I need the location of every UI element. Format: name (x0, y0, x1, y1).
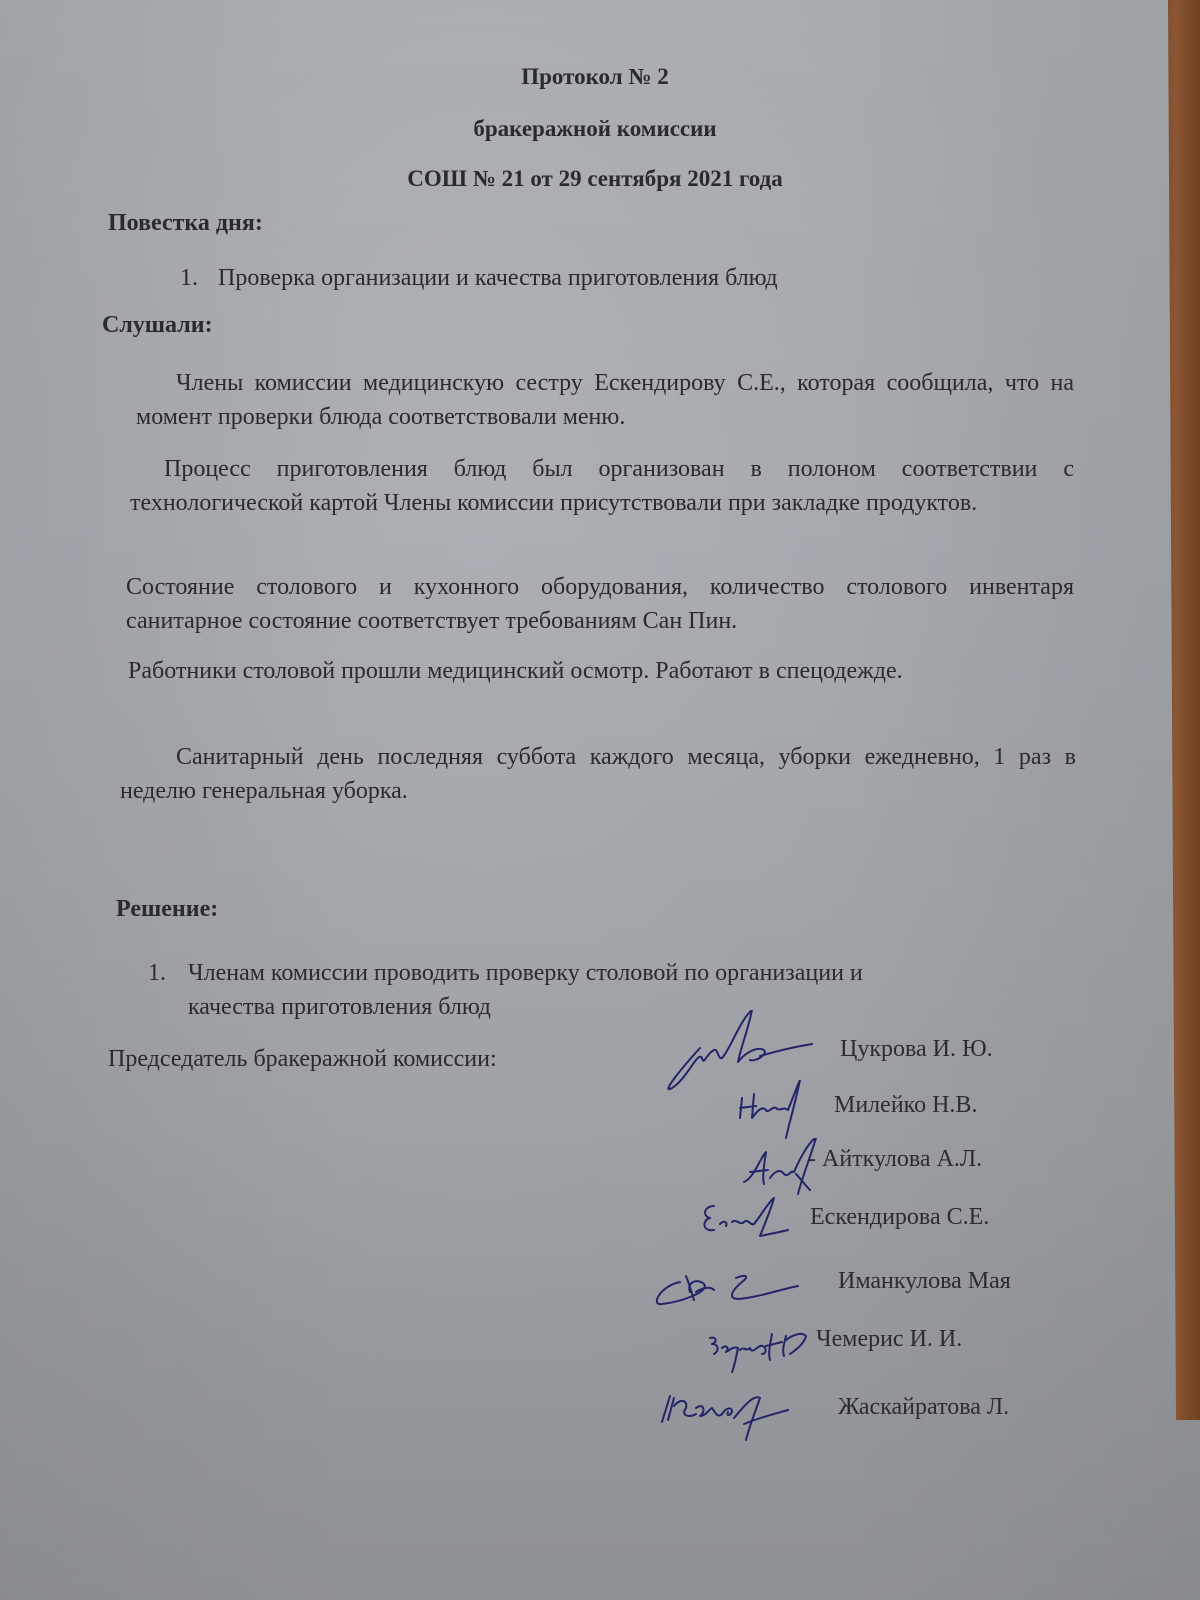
signatory-name: Иманкулова Мая (838, 1268, 1011, 1295)
agenda-heading: Повестка дня: (108, 210, 263, 237)
heard-paragraph-4: Работники столовой прошли медицинский ос… (124, 654, 1074, 688)
decision-item-text-line1: Членам комиссии проводить проверку столо… (188, 960, 863, 987)
document-school-date: СОШ № 21 от 29 сентября 2021 года (0, 166, 1190, 192)
agenda-item-number: 1. (180, 265, 198, 292)
chairman-label: Председатель бракеражной комиссии: (108, 1046, 497, 1073)
signature-mileyko (738, 1080, 808, 1140)
protocol-document: Протокол № 2 бракеражной комиссии СОШ № … (0, 0, 1200, 1600)
signatory-name: Цукрова И. Ю. (840, 1036, 993, 1063)
signatory-name: Милейко Н.В. (834, 1092, 977, 1119)
decision-item-text-line2: качества приготовления блюд (188, 994, 491, 1021)
document-subtitle: бракеражной комиссии (0, 116, 1190, 142)
signature-chemeris (706, 1328, 816, 1378)
agenda-item-text: Проверка организации и качества приготов… (218, 265, 778, 292)
heard-paragraph-3: Состояние столового и кухонного оборудов… (126, 570, 1074, 638)
signatory-name: - Айткулова А.Л. (808, 1146, 982, 1173)
signatory-name: Жаскайратова Л. (838, 1394, 1009, 1421)
heard-paragraph-2: Процесс приготовления блюд был организов… (130, 452, 1074, 520)
heard-heading: Слушали: (102, 312, 213, 339)
decision-heading: Решение: (116, 896, 218, 923)
signatory-name: Чемерис И. И. (816, 1326, 962, 1353)
document-title: Протокол № 2 (0, 64, 1190, 90)
heard-paragraph-1: Члены комиссии медицинскую сестру Ескенд… (136, 366, 1074, 434)
decision-item-number: 1. (148, 960, 166, 987)
signature-zhaskairatova (660, 1388, 790, 1444)
heard-paragraph-5: Санитарный день последняя суббота каждог… (120, 740, 1076, 808)
signature-eskendirova (700, 1196, 790, 1246)
signatory-name: Ескендирова С.Е. (810, 1204, 989, 1231)
signature-imankulova (650, 1268, 800, 1314)
